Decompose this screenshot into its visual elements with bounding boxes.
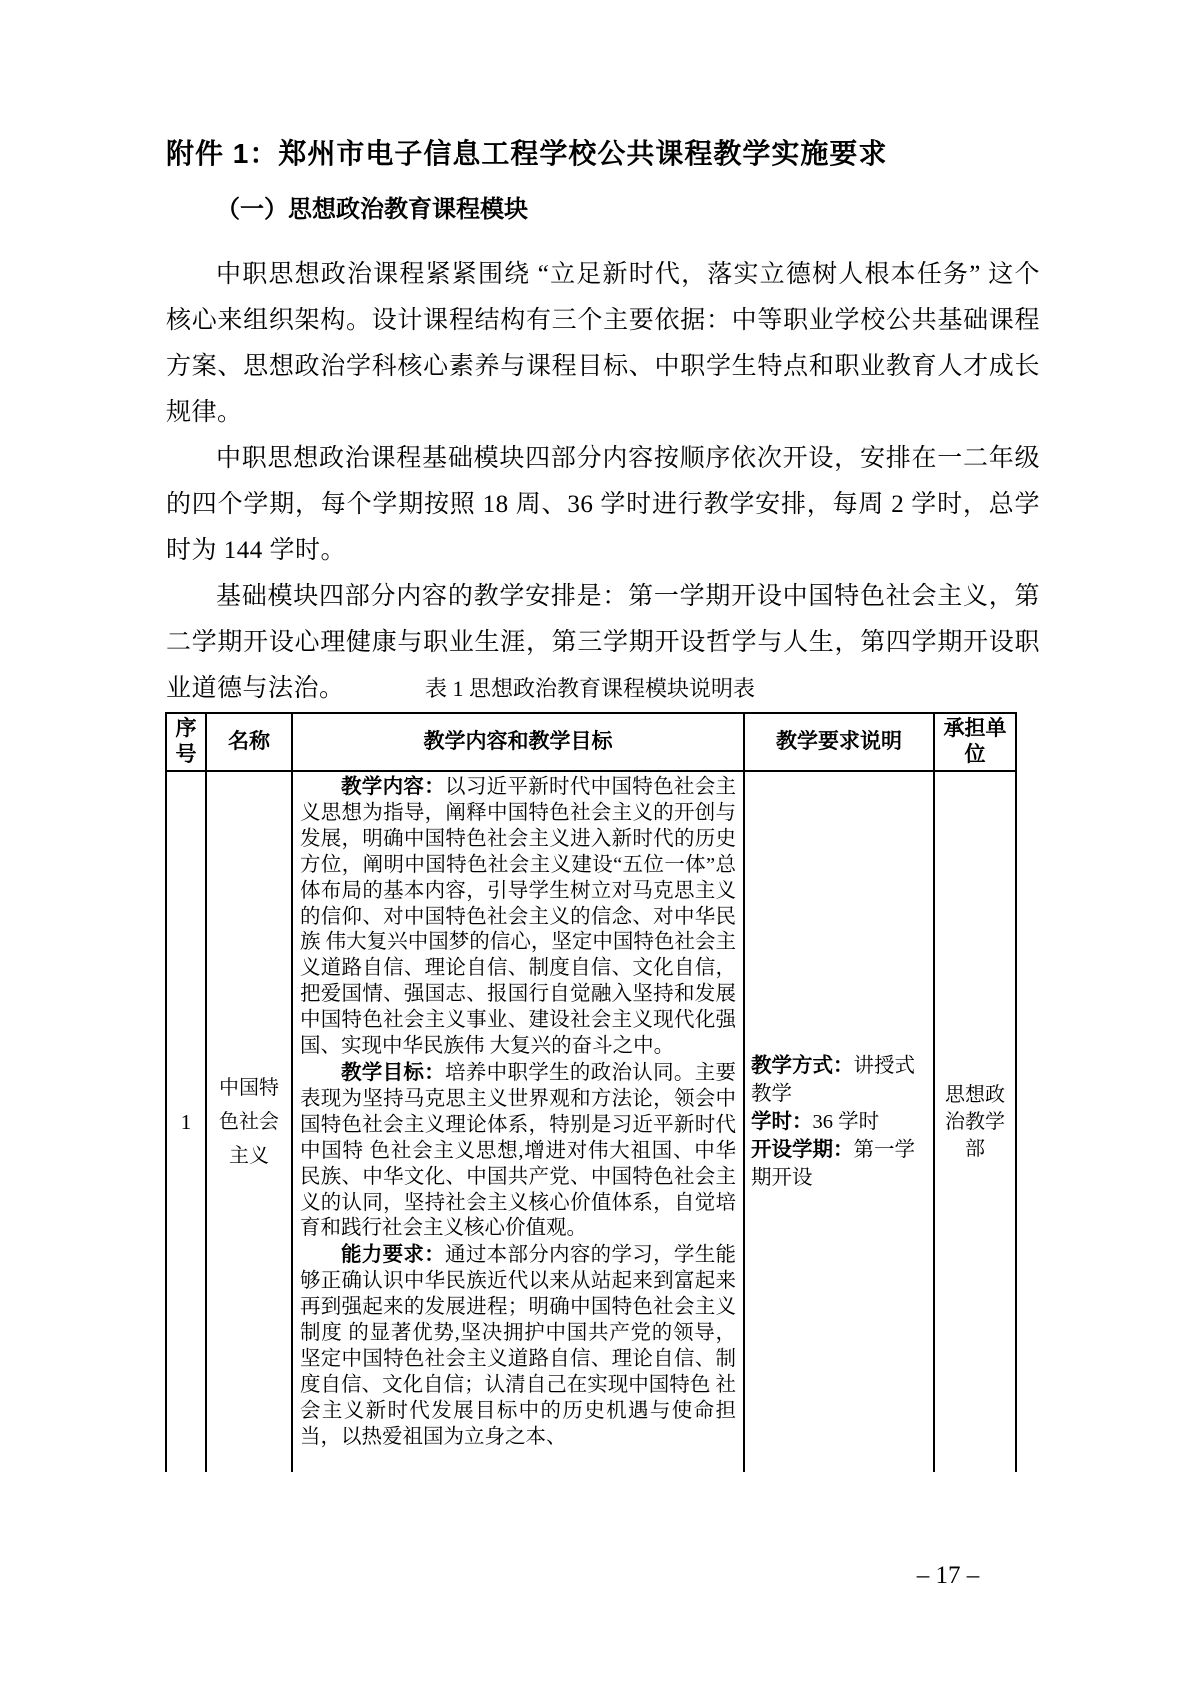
course-table-section: 表 1 思想政治教育课程模块说明表 序号 名称 教学内容和教学目标 教学要求说明…: [165, 666, 1015, 1472]
paragraph-1: 中职思想政治课程紧紧围绕 “立足新时代，落实立德树人根本任务” 这个核心来组织架…: [166, 252, 1040, 436]
header-serial-number: 序号: [166, 713, 206, 771]
content-clip-region: 教学内容：以习近平新时代中国特色社会主义思想为指导，阐释中国特色社会主义的开创与…: [300, 774, 736, 1470]
semester-label: 开设学期：: [751, 1138, 854, 1161]
page-number: – 17 –: [848, 1562, 1048, 1590]
teaching-content-text: 以习近平新时代中国特色社会主义思想为指导，阐释中国特色社会主义的开创与发展，明确…: [300, 776, 736, 1057]
header-unit: 承担单位: [934, 713, 1016, 771]
cell-requirements: 教学方式：讲授式教学 学时：36 学时 开设学期：第一学期开设: [744, 771, 934, 1472]
cell-content-goals: 教学内容：以习近平新时代中国特色社会主义思想为指导，阐释中国特色社会主义的开创与…: [292, 771, 744, 1472]
semester-line: 开设学期：第一学期开设: [751, 1136, 927, 1192]
document-body: 附件 1：郑州市电子信息工程学校公共课程教学实施要求 （一）思想政治教育课程模块…: [166, 0, 1040, 712]
class-hours-line: 学时：36 学时: [751, 1108, 927, 1136]
ability-requirement-paragraph: 能力要求：通过本部分内容的学习，学生能够正确认识中华民族近代以来从站起来到富起来…: [300, 1242, 736, 1450]
cell-responsible-unit: 思想政治教学部: [934, 771, 1016, 1472]
class-hours-label: 学时：: [751, 1110, 813, 1133]
header-course-name: 名称: [206, 713, 292, 771]
teaching-goal-text: 培养中职学生的政治认同。主要表现为坚持马克思主义世界观和方法论，领会中国特色社会…: [300, 1062, 736, 1239]
cell-course-name: 中国特色社会主义: [206, 771, 292, 1472]
document-page: 附件 1：郑州市电子信息工程学校公共课程教学实施要求 （一）思想政治教育课程模块…: [0, 0, 1191, 1684]
cell-serial-number: 1: [166, 771, 206, 1472]
ability-requirement-label: 能力要求：: [341, 1243, 445, 1266]
teaching-method-line: 教学方式：讲授式教学: [751, 1052, 927, 1108]
course-module-table: 序号 名称 教学内容和教学目标 教学要求说明 承担单位 1 中国特色社会主义 教…: [165, 712, 1017, 1472]
ability-requirement-text: 通过本部分内容的学习，学生能够正确认识中华民族近代以来从站起来到富起来再到强起来…: [300, 1244, 736, 1447]
header-content-goals: 教学内容和教学目标: [292, 713, 744, 771]
class-hours-text: 36 学时: [813, 1111, 880, 1133]
table-caption: 表 1 思想政治教育课程模块说明表: [165, 666, 1015, 712]
table-header-row: 序号 名称 教学内容和教学目标 教学要求说明 承担单位: [166, 713, 1016, 771]
teaching-goal-label: 教学目标：: [341, 1061, 445, 1084]
table-row: 1 中国特色社会主义 教学内容：以习近平新时代中国特色社会主义思想为指导，阐释中…: [166, 771, 1016, 1472]
document-title: 附件 1：郑州市电子信息工程学校公共课程教学实施要求: [166, 134, 1040, 174]
header-requirements: 教学要求说明: [744, 713, 934, 771]
paragraph-2: 中职思想政治课程基础模块四部分内容按顺序依次开设，安排在一二年级的四个学期，每个…: [166, 436, 1040, 574]
teaching-content-label: 教学内容：: [341, 775, 445, 798]
teaching-content-paragraph: 教学内容：以习近平新时代中国特色社会主义思想为指导，阐释中国特色社会主义的开创与…: [300, 774, 736, 1060]
section-heading: （一）思想政治教育课程模块: [166, 196, 1040, 224]
teaching-goal-paragraph: 教学目标：培养中职学生的政治认同。主要表现为坚持马克思主义世界观和方法论，领会中…: [300, 1060, 736, 1242]
teaching-method-label: 教学方式：: [751, 1054, 854, 1077]
